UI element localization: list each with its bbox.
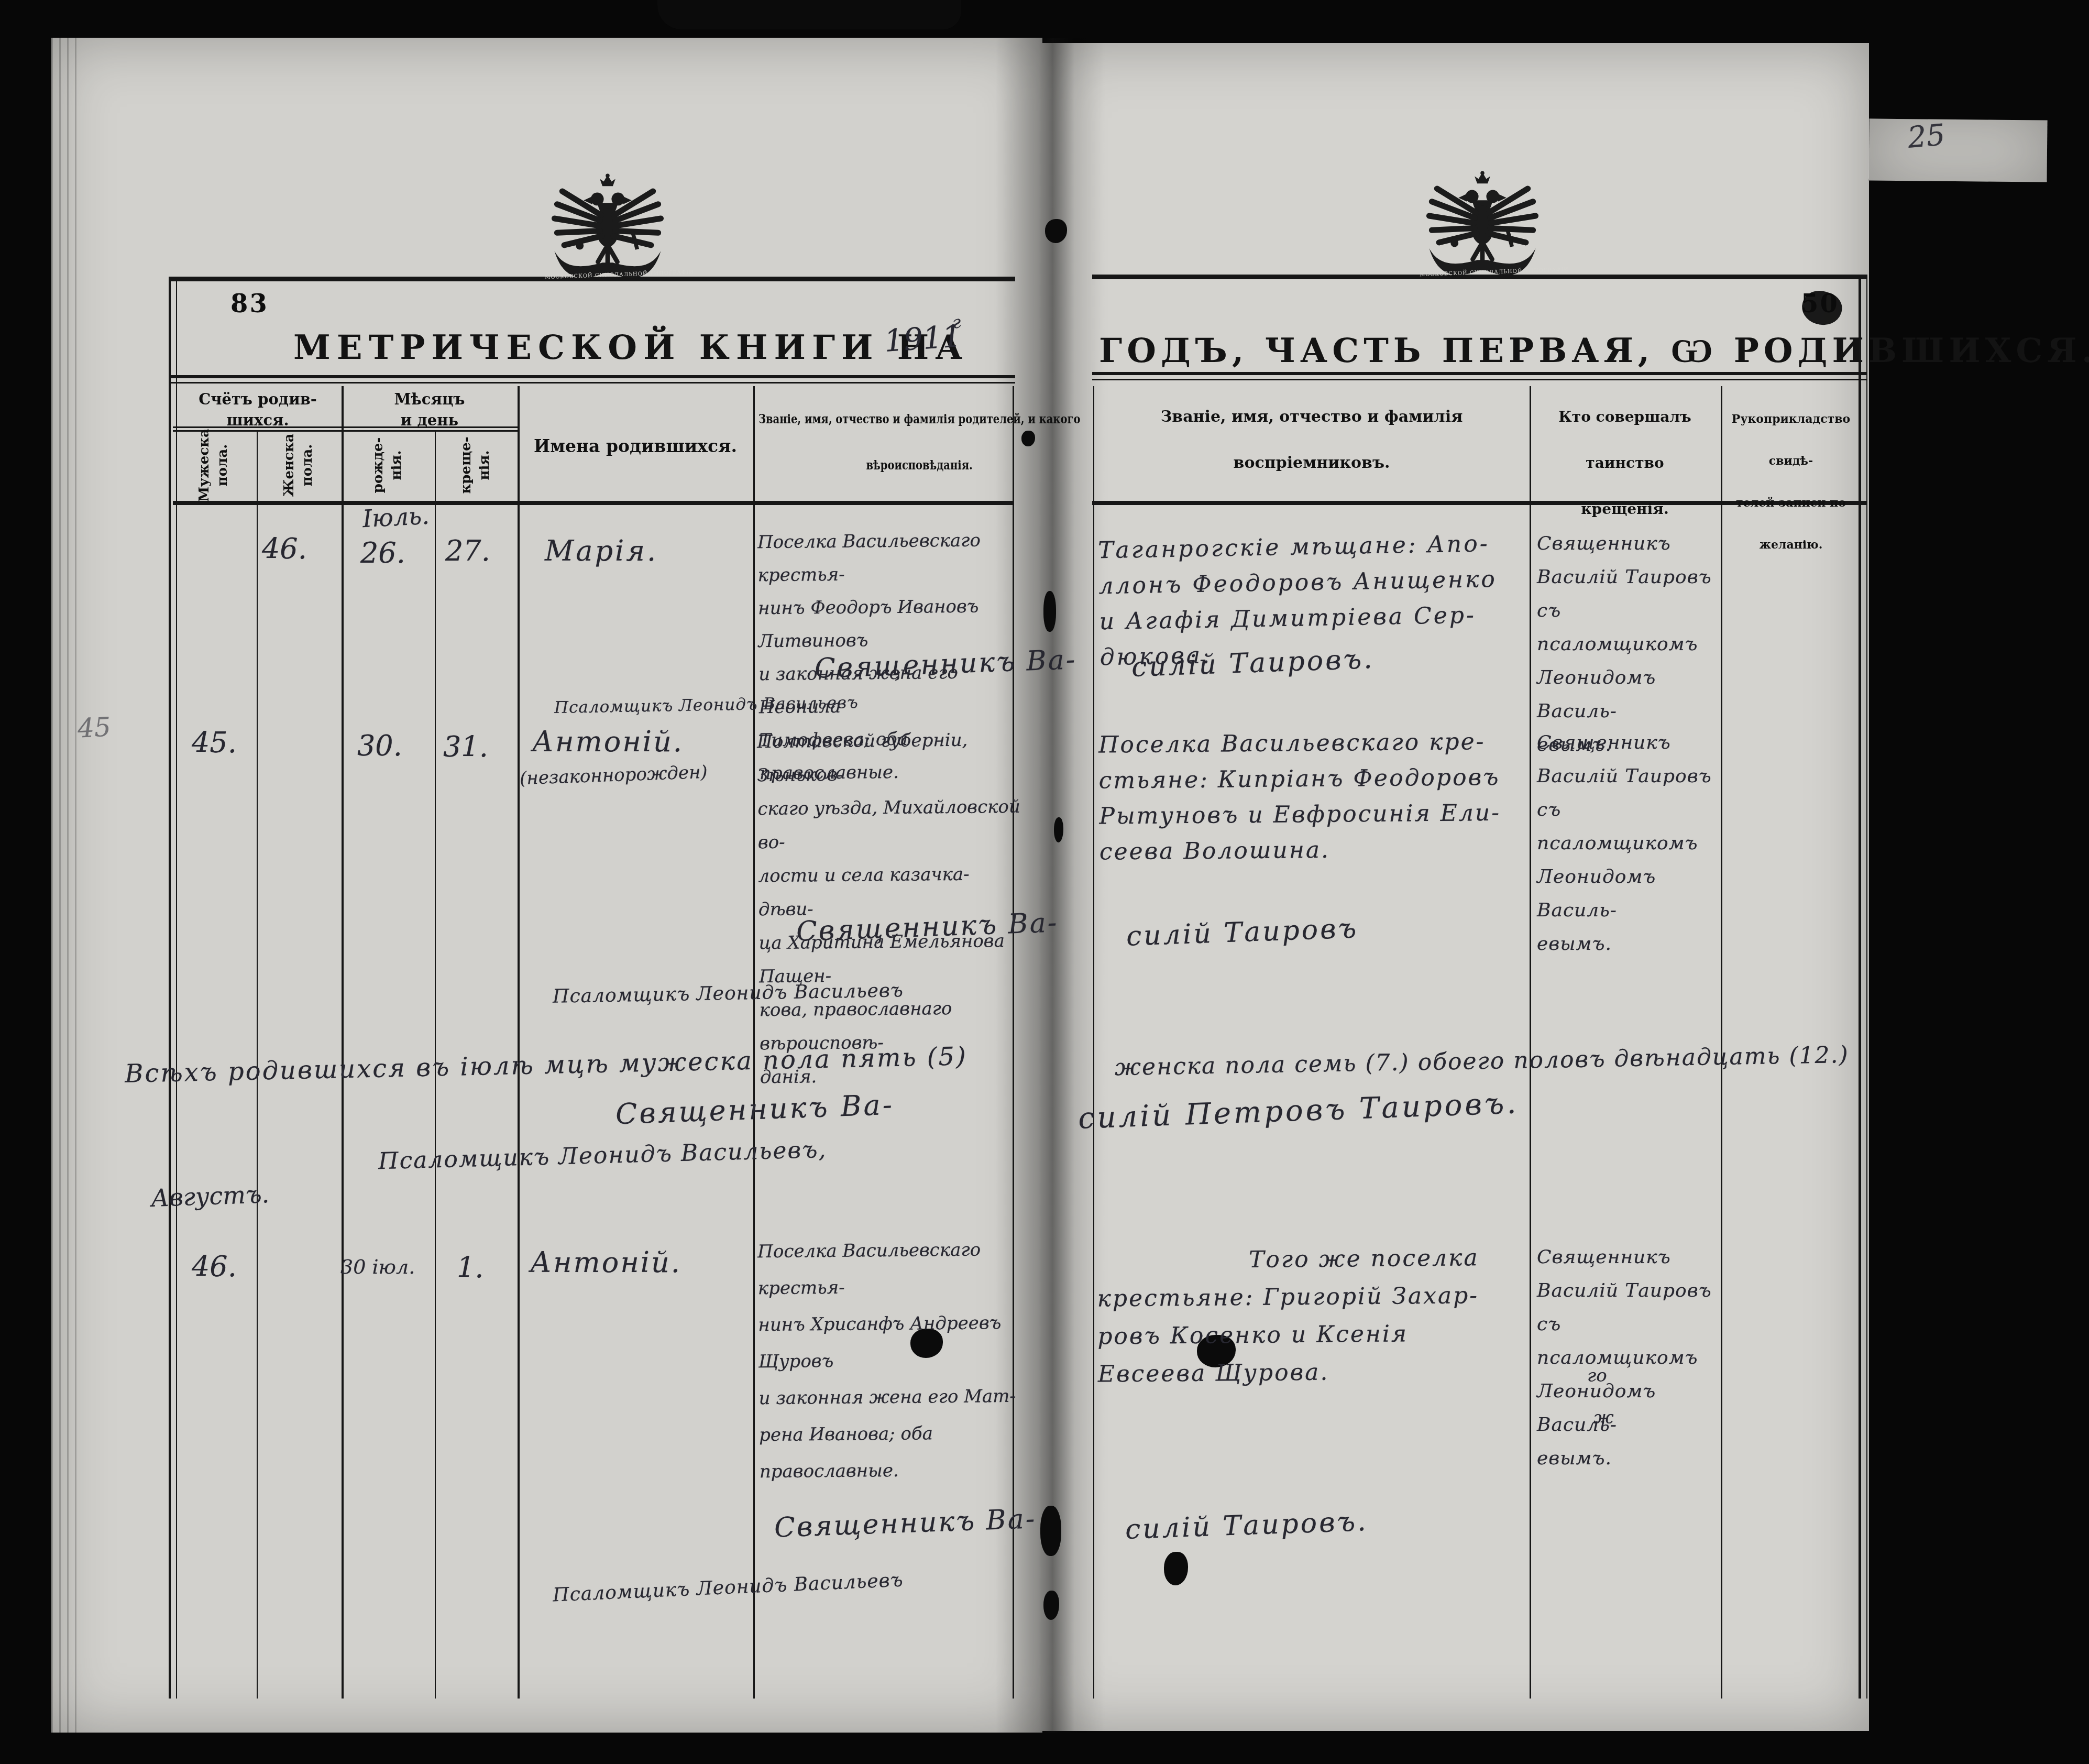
- column-header-witnesses: Рукоприкладство свидѣ- телей записи по ж…: [1722, 398, 1860, 566]
- handwritten-page-number: 25: [1906, 118, 1947, 155]
- entry-child-name: Антоній.: [530, 1246, 681, 1279]
- entry-birth-day: 30.: [357, 729, 402, 762]
- column-header-names: Имена родившихся.: [518, 436, 753, 456]
- entry-birth-day: 26.: [360, 536, 405, 569]
- column-header-birth-date: рожде- нія.: [364, 426, 411, 505]
- book-title-left: МЕТРИЧЕСКОЙ КНИГИ НА: [293, 328, 969, 367]
- entry-officiant-text: Священникъ Василій Таировъ съ псаломщико…: [1537, 726, 1725, 961]
- column-header-baptism-date: креще- нія.: [452, 426, 499, 505]
- entry-officiant-text: Священникъ Василій Таировъ съ псаломщико…: [1537, 1241, 1725, 1475]
- book-title-right: ГОДЪ, ЧАСТЬ ПЕРВАЯ, Ѡ РОДИВШИХСЯ.: [1099, 331, 2089, 370]
- entry-child-name: Марія.: [545, 534, 658, 567]
- imperial-eagle-emblem: [540, 167, 676, 303]
- entry-child-name: Антоній.: [532, 725, 684, 758]
- imperial-eagle-emblem: [1414, 164, 1551, 300]
- margin-mark: ж: [1593, 1407, 1614, 1428]
- month-heading-august: Августъ.: [150, 1180, 270, 1212]
- entry-baptism-day: 31.: [443, 730, 488, 763]
- entry-godparents-text: Поселка Васильевскаго кре- стьяне: Кипрі…: [1098, 724, 1534, 870]
- margin-number-artifact: 45: [77, 711, 112, 743]
- entry-baptism-day: 27.: [445, 534, 490, 567]
- entry-parents-text: Поселка Васильевскаго крестья- нинъ Хрис…: [757, 1231, 1024, 1490]
- column-header-month-day: Мѣсяцъ и день: [342, 389, 518, 431]
- metrical-book-scan: 25 МОСКОВСКОЙ СИНОДАЛЬНОЙ ТИПОГРАФІИ МОС…: [0, 0, 2089, 1764]
- printed-sheet-number-left: 83: [230, 289, 269, 319]
- entry-count-male: 45.: [192, 726, 237, 759]
- ink-blot: [1043, 591, 1056, 632]
- column-header-male: Мужеска пола.: [190, 426, 237, 505]
- month-heading-july: Іюль.: [362, 501, 430, 533]
- page-stack-edges: [51, 38, 82, 1733]
- entry-godparents-text: Того же поселка крестьяне: Григорій Заха…: [1097, 1239, 1527, 1393]
- entry-count-female: 46.: [262, 532, 307, 565]
- ink-blot: [1040, 1506, 1061, 1556]
- column-header-birth-count: Счётъ родив- шихся.: [174, 389, 342, 431]
- entry-count-male: 46.: [192, 1250, 237, 1283]
- column-header-officiant: Кто совершалъ таинство крещенія.: [1531, 394, 1719, 532]
- column-header-parents: Званіе, имя, отчество и фамилія родителе…: [758, 396, 1080, 488]
- column-header-female: Женска пола.: [275, 426, 322, 505]
- scanner-smudge: [657, 0, 961, 29]
- underlying-sheet-corner: [1868, 119, 2047, 182]
- handwritten-year: 1911: [883, 318, 963, 359]
- column-header-godparents: Званіе, имя, отчество и фамилія воспріем…: [1095, 394, 1529, 486]
- margin-mark: го: [1587, 1365, 1607, 1386]
- entry-birth-day: 30 іюл.: [340, 1255, 415, 1278]
- entry-baptism-day: 1.: [457, 1251, 484, 1284]
- entry-parents-text: Полтавской губерніи, Зѣньков- скаго уѣзд…: [757, 723, 1025, 1094]
